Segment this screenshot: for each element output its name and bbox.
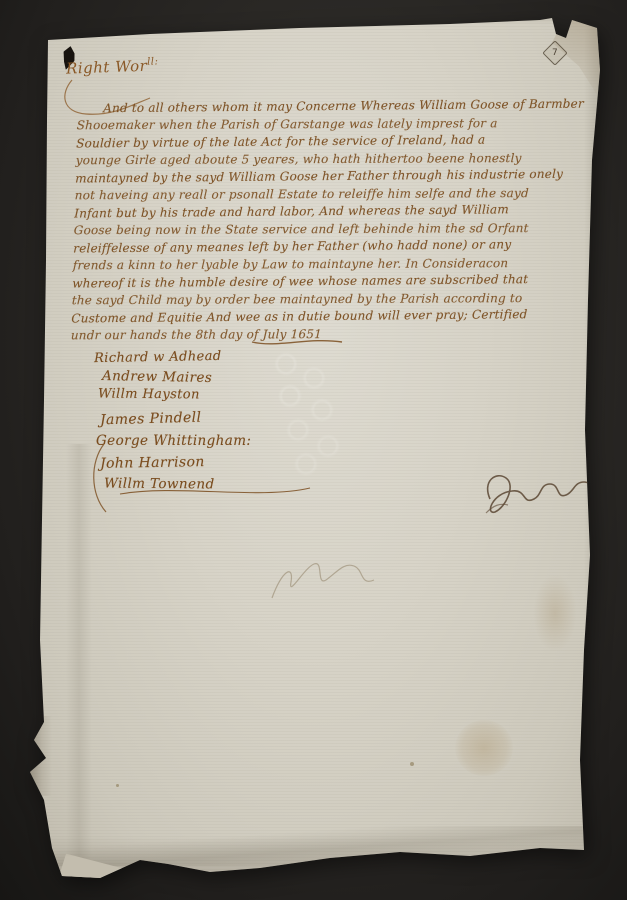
signature: Willm Townend	[104, 476, 215, 493]
signature-list: Richard w Adhead Andrew Maires Willm Hay…	[94, 350, 334, 510]
foxing-speck	[116, 784, 119, 787]
clerk-endorsement-scribble	[480, 455, 627, 520]
signature: Willm Hayston	[98, 387, 200, 403]
paper-shadow-wrap: 10 7 Right Worll: And to all others whom…	[28, 14, 606, 888]
paper-sheet: 10 7 Right Worll: And to all others whom…	[28, 14, 606, 888]
signature: John Harrison	[100, 454, 205, 472]
signature: Andrew Maires	[102, 368, 212, 386]
salutation-text: Right Wor	[66, 57, 148, 78]
paper-crease-left	[66, 444, 92, 864]
salutation: Right Worll:	[66, 56, 159, 77]
stain	[533, 574, 577, 652]
foxing-speck	[616, 264, 619, 267]
torn-flap-left-edge	[28, 716, 52, 796]
stamp-glyph: 7	[552, 48, 558, 58]
foxing-speck	[410, 762, 414, 766]
salutation-superscript: ll:	[147, 56, 159, 67]
body-text: And to all others whom it may Concerne W…	[71, 96, 596, 345]
stain	[455, 720, 513, 776]
paper-crease-bottom	[38, 826, 596, 866]
faint-pen-scribble	[262, 550, 394, 612]
body-line: undr our hands the 8th day of July 1651	[71, 324, 589, 344]
pencil-folio-number: 10	[35, 29, 50, 43]
signature: George Whittingham:	[96, 433, 251, 449]
manuscript-scan: 10 7 Right Worll: And to all others whom…	[0, 0, 627, 900]
signature: Richard w Adhead	[94, 349, 222, 366]
signature: James Pindell	[100, 410, 202, 429]
